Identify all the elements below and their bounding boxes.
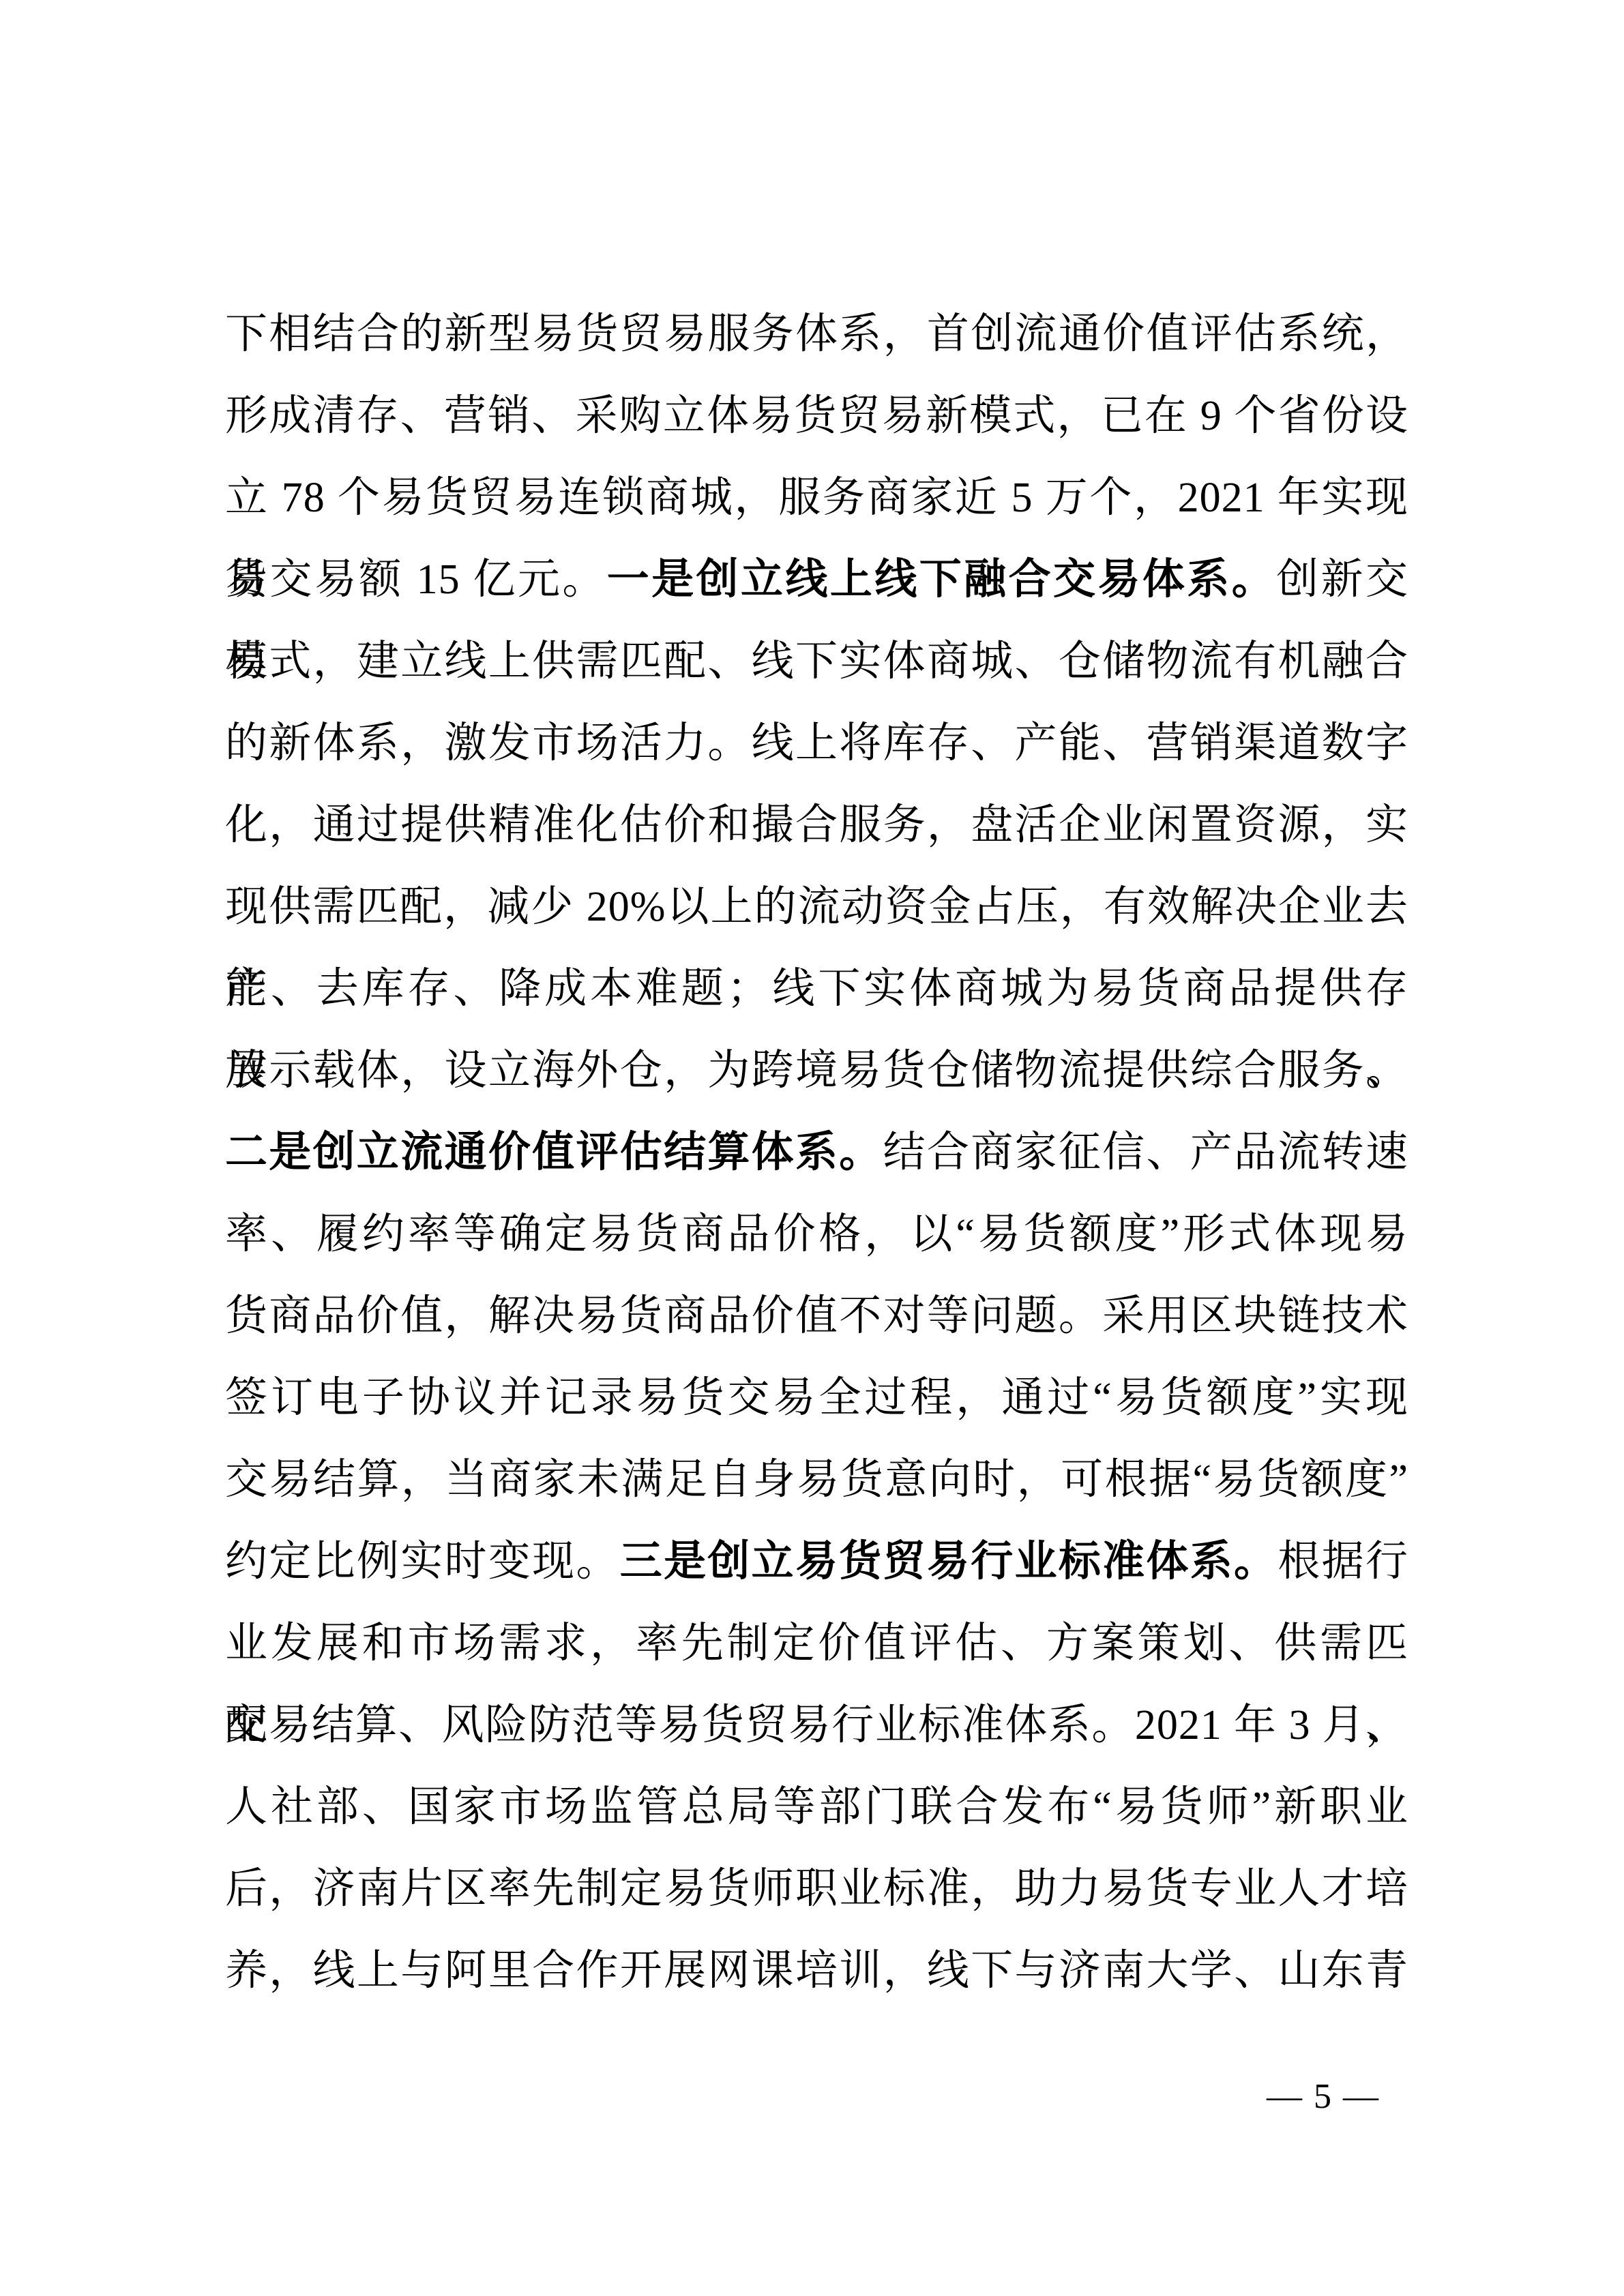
- text-segment: 货商品价值，解决易货商品价值不对等问题。采用区块链技术: [225, 1293, 1408, 1339]
- text-segment: 结合商家征信、产品流转速: [883, 1129, 1408, 1176]
- document-page: 下相结合的新型易货贸易服务体系，首创流通价值评估系统， 形成清存、营销、采购立体…: [0, 0, 1624, 2296]
- text-line: 养，线上与阿里合作开展网课培训，线下与济南大学、山东青: [225, 1930, 1408, 2012]
- text-segment: 交易结算，当商家未满足自身易货意向时，可根据“易货额度”: [225, 1457, 1408, 1503]
- page-number: — 5 —: [1221, 2066, 1426, 2128]
- text-line: 业发展和市场需求，率先制定价值评估、方案策划、供需匹配、: [225, 1602, 1408, 1684]
- text-line: 人社部、国家市场监管总局等部门联合发布“易货师”新职业: [225, 1766, 1408, 1848]
- text-segment: 交易结算、风险防范等易货贸易行业标准体系。2021 年 3 月，: [225, 1702, 1408, 1748]
- text-segment: 率、履约率等确定易货商品价格，以“易货额度”形式体现易: [225, 1211, 1408, 1257]
- text-segment: 展示载体，设立海外仓，为跨境易货仓储物流提供综合服务。: [225, 1047, 1408, 1094]
- text-segment: 后，济南片区率先制定易货师职业标准，助力易货专业人才培: [225, 1866, 1408, 1912]
- text-line: 形成清存、营销、采购立体易货贸易新模式，已在 9 个省份设: [225, 375, 1408, 457]
- text-segment: 根据行: [1278, 1538, 1408, 1585]
- text-line: 交易结算、风险防范等易货贸易行业标准体系。2021 年 3 月，: [225, 1684, 1408, 1766]
- text-segment: 化，通过提供精准化估价和撮合服务，盘活企业闲置资源，实: [225, 802, 1408, 848]
- text-segment: 下相结合的新型易货贸易服务体系，首创流通价值评估系统，: [225, 311, 1408, 357]
- text-line: 约定比例实时变现。三是创立易货贸易行业标准体系。根据行: [225, 1521, 1408, 1602]
- text-line: 的新体系，激发市场活力。线上将库存、产能、营销渠道数字: [225, 702, 1408, 784]
- document-body-text: 下相结合的新型易货贸易服务体系，首创流通价值评估系统， 形成清存、营销、采购立体…: [225, 293, 1408, 2012]
- bold-heading-segment: 一是创立线上线下融合交易体系。: [607, 556, 1276, 603]
- text-segment: 签订电子协议并记录易货交易全过程，通过“易货额度”实现: [225, 1375, 1408, 1421]
- text-line: 货商品价值，解决易货商品价值不对等问题。采用区块链技术: [225, 1275, 1408, 1357]
- text-line: 下相结合的新型易货贸易服务体系，首创流通价值评估系统，: [225, 293, 1408, 375]
- text-segment: 形成清存、营销、采购立体易货贸易新模式，已在 9 个省份设: [225, 393, 1408, 439]
- text-segment: 的新体系，激发市场活力。线上将库存、产能、营销渠道数字: [225, 720, 1408, 766]
- text-line: 现供需匹配，减少 20%以上的流动资金占压，有效解决企业去产: [225, 866, 1408, 948]
- text-segment: 人社部、国家市场监管总局等部门联合发布“易货师”新职业: [225, 1784, 1408, 1830]
- text-line: 货交易额 15 亿元。一是创立线上线下融合交易体系。创新交易: [225, 539, 1408, 621]
- text-line: 交易结算，当商家未满足自身易货意向时，可根据“易货额度”: [225, 1439, 1408, 1521]
- text-line: 模式，建立线上供需匹配、线下实体商城、仓储物流有机融合: [225, 621, 1408, 702]
- text-segment: 货交易额 15 亿元。: [225, 556, 607, 603]
- bold-heading-segment: 三是创立易货贸易行业标准体系。: [620, 1538, 1278, 1585]
- text-segment: 模式，建立线上供需匹配、线下实体商城、仓储物流有机融合: [225, 638, 1408, 685]
- text-segment: 养，线上与阿里合作开展网课培训，线下与济南大学、山东青: [225, 1948, 1408, 1994]
- text-segment: 约定比例实时变现。: [225, 1538, 620, 1585]
- text-line: 签订电子协议并记录易货交易全过程，通过“易货额度”实现: [225, 1357, 1408, 1439]
- text-line: 立 78 个易货贸易连锁商城，服务商家近 5 万个，2021 年实现易: [225, 457, 1408, 539]
- text-line: 率、履约率等确定易货商品价格，以“易货额度”形式体现易: [225, 1193, 1408, 1275]
- bold-heading-segment: 二是创立流通价值评估结算体系。: [225, 1129, 883, 1176]
- text-line: 化，通过提供精准化估价和撮合服务，盘活企业闲置资源，实: [225, 784, 1408, 866]
- text-line: 能、去库存、降成本难题；线下实体商城为易货商品提供存放、: [225, 948, 1408, 1030]
- text-line: 展示载体，设立海外仓，为跨境易货仓储物流提供综合服务。: [225, 1030, 1408, 1112]
- text-line: 后，济南片区率先制定易货师职业标准，助力易货专业人才培: [225, 1848, 1408, 1930]
- text-line: 二是创立流通价值评估结算体系。结合商家征信、产品流转速: [225, 1112, 1408, 1193]
